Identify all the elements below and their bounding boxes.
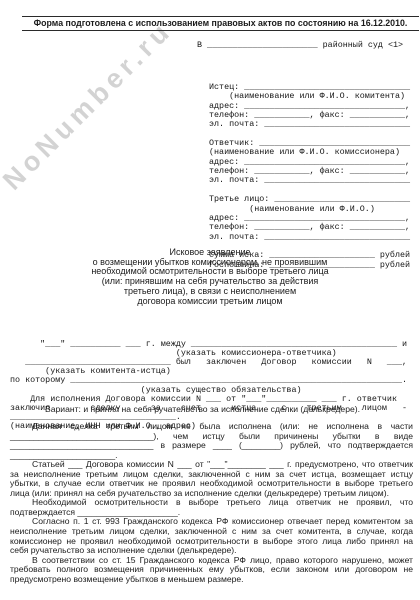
title-line: договора комиссии третьим лицом bbox=[0, 297, 420, 307]
body-text: Данная сделка третьим лицом не была испо… bbox=[10, 422, 413, 584]
paragraph-damages: Данная сделка третьим лицом не была испо… bbox=[10, 422, 413, 460]
court-line: В ______________________ районный суд <1… bbox=[197, 41, 403, 50]
variant-line: Вариант: и принял на себя ручательство з… bbox=[45, 405, 360, 415]
watermark: NoNumber.ru bbox=[0, 15, 179, 197]
paragraph-no-diligence: Необходимой осмотрительности в выборе тр… bbox=[10, 498, 413, 517]
legal-form-page: NoNumber.ru Форма подготовлена с использ… bbox=[0, 0, 420, 600]
claim-title: Исковое заявлениео возмещении убытков ко… bbox=[0, 248, 420, 306]
paragraph-article-15: В соответствии со ст. 15 Гражданского ко… bbox=[10, 556, 413, 585]
form-line: эл. почта: _____________________________ bbox=[209, 120, 410, 129]
paragraph-contract-clause: Статьей ___ Договора комиссии N ___ от "… bbox=[10, 460, 413, 498]
body-line: предусмотрено возмещение убытков в меньш… bbox=[10, 575, 413, 585]
parties-block: Истец: _________________________________… bbox=[209, 55, 410, 270]
form-line: эл. почта: _____________________________ bbox=[209, 176, 410, 185]
form-line: эл. почта: _____________________________ bbox=[209, 233, 410, 242]
paragraph-article-993: Согласно п. 1 ст. 993 Гражданского кодек… bbox=[10, 517, 413, 555]
prepared-note: Форма подготовлена с использованием прав… bbox=[22, 16, 419, 31]
